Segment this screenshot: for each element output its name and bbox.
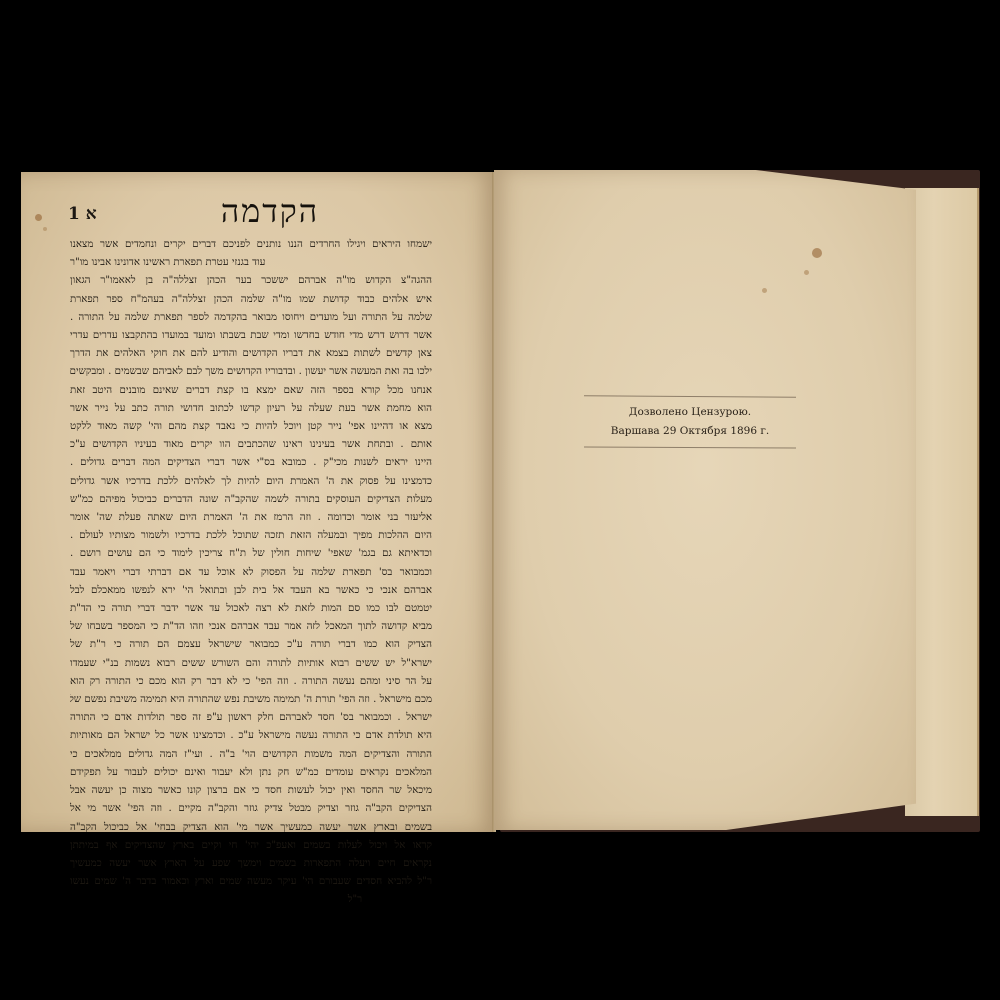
- text-line: בשמים ובארץ אשר יעשה כמעשיך אשר מי' הוא …: [70, 819, 432, 837]
- text-line: על הר סיני ומהם נעשה התורה . וזה הפי' כי…: [70, 673, 432, 691]
- foxing-stain: [762, 288, 767, 293]
- text-line: יטמטם לבו כמו סם המות לזאת לא רצה לאכול …: [70, 600, 432, 618]
- censorship-place-date: Варшава 29 Октября 1896 г.: [584, 422, 796, 441]
- foxing-stain: [35, 214, 42, 221]
- censorship-approval-line: Дозволено Цензурою.: [584, 403, 796, 422]
- text-line: עוד בגנזי עטרת תפארת ראשינו אדונינו אבינ…: [70, 254, 432, 272]
- text-line: התורה והצדיקים המה משמות הקדושים הוי' ב"…: [70, 746, 432, 764]
- text-line: ישרא"ל יש ששים רבוא אותיות לתורה והם השו…: [70, 655, 432, 673]
- text-line: מיכאל שר החסד ואין יכול לעשות חסד כי אם …: [70, 782, 432, 800]
- text-line: כדמצינו על פסוק את ה' האמרת היום להיות ל…: [70, 473, 432, 491]
- text-line: צאן קדשים לשתות בצמא את דבריו הקדושים וה…: [70, 345, 432, 363]
- text-line: אליעזר בני אומר וכדומה . וזה הרמז את ה' …: [70, 509, 432, 527]
- text-line: ההגה"צ הקדוש מו"ה אברהם יששכר בער הכהן ז…: [70, 272, 432, 290]
- text-line: היא תולדת אדם כי התורה נעשה מישראל ע"כ .…: [70, 727, 432, 745]
- text-line: ר"ל להביא חסדים שעבורם הי' עיקר מעשה שמי…: [70, 873, 432, 891]
- text-line: מצא או דהיינו אפי' נייר קטן ויוכל להיות …: [70, 418, 432, 436]
- text-line: אנחנו מכל קורא בספר הזה שאם ימצא בו קצת …: [70, 382, 432, 400]
- text-line: ישמחו היראים ויגילו החרדים הננו נותנים ל…: [70, 236, 432, 254]
- text-line: איש אלהים כבוד קדושת שמו מו"ה שלמה הכהן …: [70, 291, 432, 309]
- endleaf-page-edge: [905, 188, 979, 816]
- divider-top: [584, 395, 796, 397]
- text-line: נקראים חיים ויעלה התפארות בשמים וימשך שפ…: [70, 855, 432, 873]
- page-number: א 1: [68, 204, 97, 224]
- text-line: היום ההלכות מפיך ובמעלה הזאת תזכה שתוכל …: [70, 527, 432, 545]
- text-line: מכם מישראל . וזה הפי' תורת ה' תמימה משיב…: [70, 691, 432, 709]
- text-line: מעלות הצדיקים העוסקים בתורה לשמה שהקב"ה …: [70, 491, 432, 509]
- right-page: [494, 170, 916, 830]
- text-line: היינו יראים לשנות מכי"ק . כמובא בס"י אשר…: [70, 454, 432, 472]
- foxing-stain: [812, 248, 822, 258]
- censorship-approval: Дозволено Цензурою. Варшава 29 Октября 1…: [584, 396, 796, 448]
- text-line: הצדיקים הקב"ה גוזר וצדיק מבטל צדיק גוזר …: [70, 800, 432, 818]
- text-line: מביא קדושה לתוך המאכל לזה אמר עבד אברהם …: [70, 618, 432, 636]
- text-line: קראו אל ויכול לעלות בשמים ואעפ"כ יהי' חי…: [70, 837, 432, 855]
- text-line: המלאכים נקראים עומדים כמ"ש חק נתן ולא יע…: [70, 764, 432, 782]
- text-line: הצדיק הוא כמו דברי תורה ע"כ כמבואר שישרא…: [70, 636, 432, 654]
- page-title: הקדמה: [200, 192, 340, 230]
- foxing-stain: [804, 270, 809, 275]
- text-line: אותם . ובתחת אשר בעינינו ראינו שהכתבים ה…: [70, 436, 432, 454]
- text-line: ילכו בה ואת המעשה אשר יעשון . ובדבוריו ה…: [70, 363, 432, 381]
- introduction-body-text: ישמחו היראים ויגילו החרדים הננו נותנים ל…: [70, 236, 432, 910]
- signature-abbreviation: ר"ל: [70, 891, 432, 909]
- text-line: ישראל . וכמבואר בס' חסד לאברהם חלק ראשון…: [70, 709, 432, 727]
- text-line: וכמבואר בס' תפארת שלמה על הפסוק לא אוכל …: [70, 564, 432, 582]
- text-line: אברהם אנכי כי כאשר בא העבד אל בית לבן וב…: [70, 582, 432, 600]
- text-line: וכדאיתא גם בגמ' שאפי' שיחות חולין של ת"ח…: [70, 545, 432, 563]
- text-line: שלמה על התורה ועל מועדים ויחוסו מבואר בה…: [70, 309, 432, 327]
- foxing-stain: [43, 227, 47, 231]
- text-line: הוא מחמת אשר בעת שעלה על רעיון קדשו לכתו…: [70, 400, 432, 418]
- text-line: אשר דרוש דרש מדי חודש בחדשו ומדי שבת בשב…: [70, 327, 432, 345]
